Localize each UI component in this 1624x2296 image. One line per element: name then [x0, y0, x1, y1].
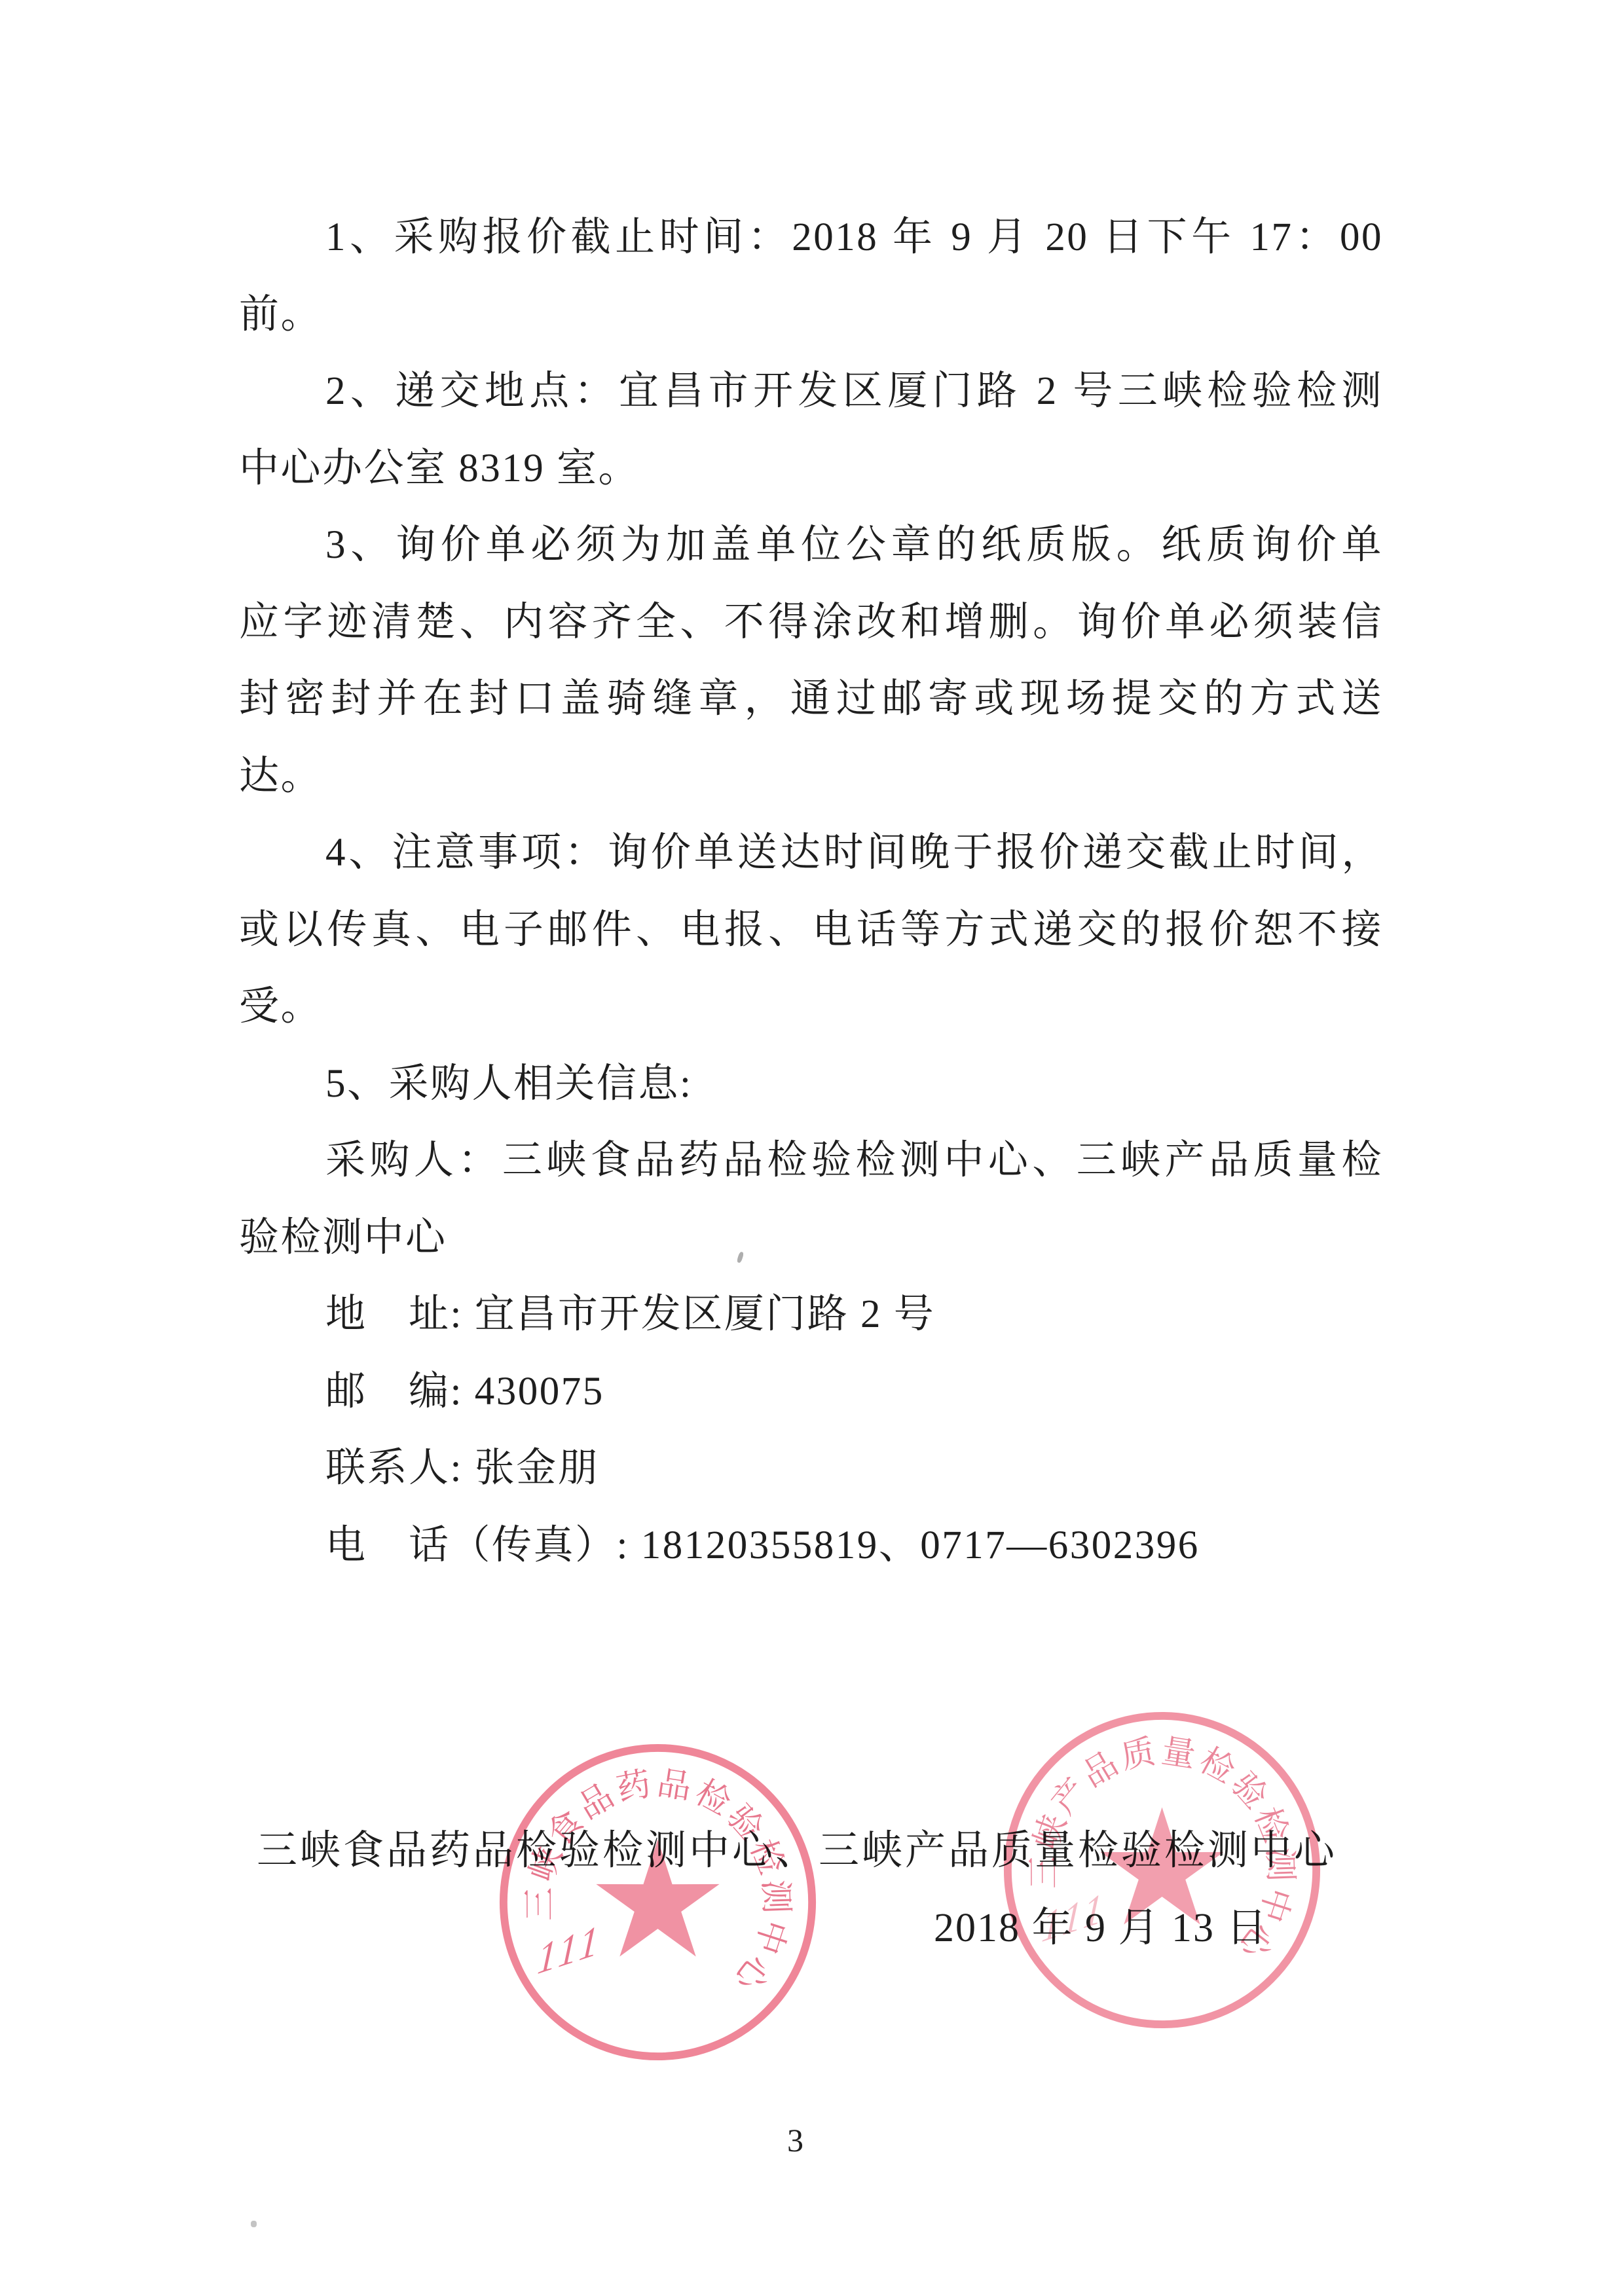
paragraph-line: 封密封并在封口盖骑缝章，通过邮寄或现场提交的方式送 [239, 661, 1383, 738]
contact-line: 联系人: 张金朋 [239, 1430, 1383, 1507]
paragraph-line: 受。 [239, 968, 1383, 1046]
scan-artifact [251, 2221, 257, 2227]
star-icon [596, 1839, 719, 1956]
paragraph-line: 4、注意事项：询价单送达时间晚于报价递交截止时间， [239, 814, 1383, 892]
body-text-block: 1、采购报价截止时间：2018 年 9 月 20 日下午 17：00 前。 2、… [239, 199, 1383, 1584]
paragraph-line: 1、采购报价截止时间：2018 年 9 月 20 日下午 17：00 [239, 199, 1383, 276]
phone-line: 电 话（传真）: 18120355819、0717—6302396 [239, 1507, 1383, 1584]
paragraph-line: 验检测中心 [239, 1199, 1383, 1277]
seal-code: 111 [532, 1914, 607, 1985]
postcode-line: 邮 编: 430075 [239, 1353, 1383, 1430]
official-seal-food-drug-center: 三峡食品药品检验检测中心 111 [496, 1740, 820, 2064]
seal-code: 111 [1037, 1882, 1111, 1953]
paragraph-line: 3、询价单必须为加盖单位公章的纸质版。纸质询价单 [239, 507, 1383, 584]
paragraph-line: 应字迹清楚、内容齐全、不得涂改和增删。询价单必须装信 [239, 584, 1383, 661]
page-number: 3 [787, 2121, 803, 2159]
address-line: 地 址: 宜昌市开发区厦门路 2 号 [239, 1276, 1383, 1353]
paragraph-line: 2、递交地点：宜昌市开发区厦门路 2 号三峡检验检测 [239, 353, 1383, 430]
paragraph-line: 采购人：三峡食品药品检验检测中心、三峡产品质量检 [239, 1122, 1383, 1199]
paragraph-line: 前。 [239, 276, 1383, 354]
document-page: 1、采购报价截止时间：2018 年 9 月 20 日下午 17：00 前。 2、… [0, 0, 1624, 2296]
paragraph-line: 或以传真、电子邮件、电报、电话等方式递交的报价恕不接 [239, 892, 1383, 969]
paragraph-line: 中心办公室 8319 室。 [239, 430, 1383, 507]
star-icon [1100, 1807, 1223, 1924]
paragraph-line: 5、采购人相关信息: [239, 1046, 1383, 1123]
paragraph-line: 达。 [239, 738, 1383, 815]
official-seal-quality-center: 三峡产品质量检验检测中心 111 [1000, 1708, 1324, 2032]
